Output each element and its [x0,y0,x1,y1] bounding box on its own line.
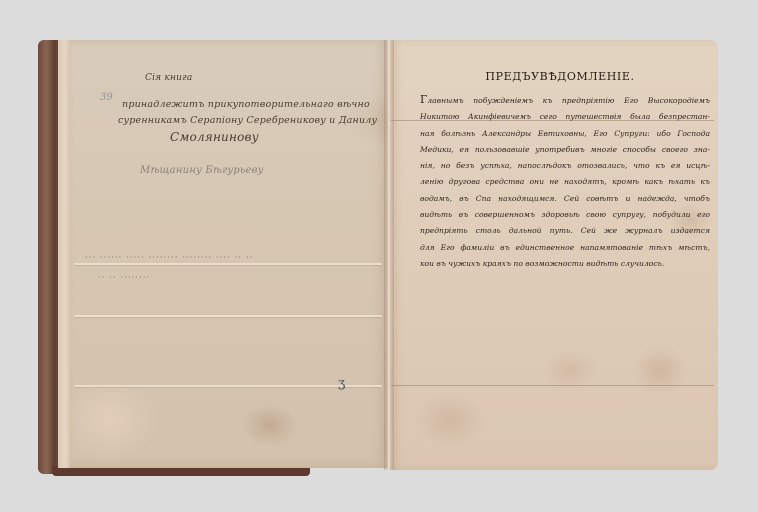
inscription-line: Сія книга [145,73,192,83]
preface-line: нія, но безъ успѣха, напослѣдокъ отозвал… [420,158,710,174]
preface-line: кои въ чужихъ краяхъ по возможности видѣ… [420,256,710,272]
preface-line: Главнымъ побужденіемъ къ предпріятію Его… [420,92,710,109]
preface-line: предпріять столь дальной путь. Сей же жу… [420,223,710,239]
preface-line: для Его фамиліи въ единственное напамято… [420,240,710,256]
preface-line: Медики, ея пользовавшіе употребивъ многі… [420,142,710,158]
page-fold-line [74,263,382,266]
faded-note-line: ··· ······ ····· ········ ········ ···· … [85,253,253,262]
preface-line: ленію другова средства они не находятъ, … [420,174,710,190]
page-fold-line [74,385,382,388]
book-gutter [384,40,394,470]
inscription-line: суренникамъ Серапіону Серебреникову и Да… [118,115,377,126]
preface-title: ПРЕДЪУВѢДОМЛЕНІЕ. [395,70,725,83]
ink-mark: ʒ [338,376,345,391]
preface-line: Никитою Акинфіевичемъ сего путешествія б… [420,109,710,125]
inscription-line: принадлежитъ прикупотворительнаго вѣчно [122,99,370,110]
preface-body: Главнымъ побужденіемъ къ предпріятію Его… [420,92,710,272]
open-book-photo: 39 Сія книга принадлежитъ прикупотворите… [0,0,758,512]
preface-line: видѣть въ совершенномъ здоровьѣ свою суп… [420,207,710,223]
inscription-signature: Мѣщанину Бѣгурьеву [140,165,264,176]
preface-line: ная болѣзнь Александры Евтиховны, Его Су… [420,126,710,142]
page-fold-line [74,315,382,318]
shelfmark-number: 39 [100,92,113,103]
faded-note-line: ·· ·· ········ [98,273,150,282]
inscription-name: Смолянинову [170,130,259,144]
page-fold-line [390,385,714,386]
preface-line: водамъ, въ Спа находящимся. Сей совѣтъ и… [420,191,710,207]
